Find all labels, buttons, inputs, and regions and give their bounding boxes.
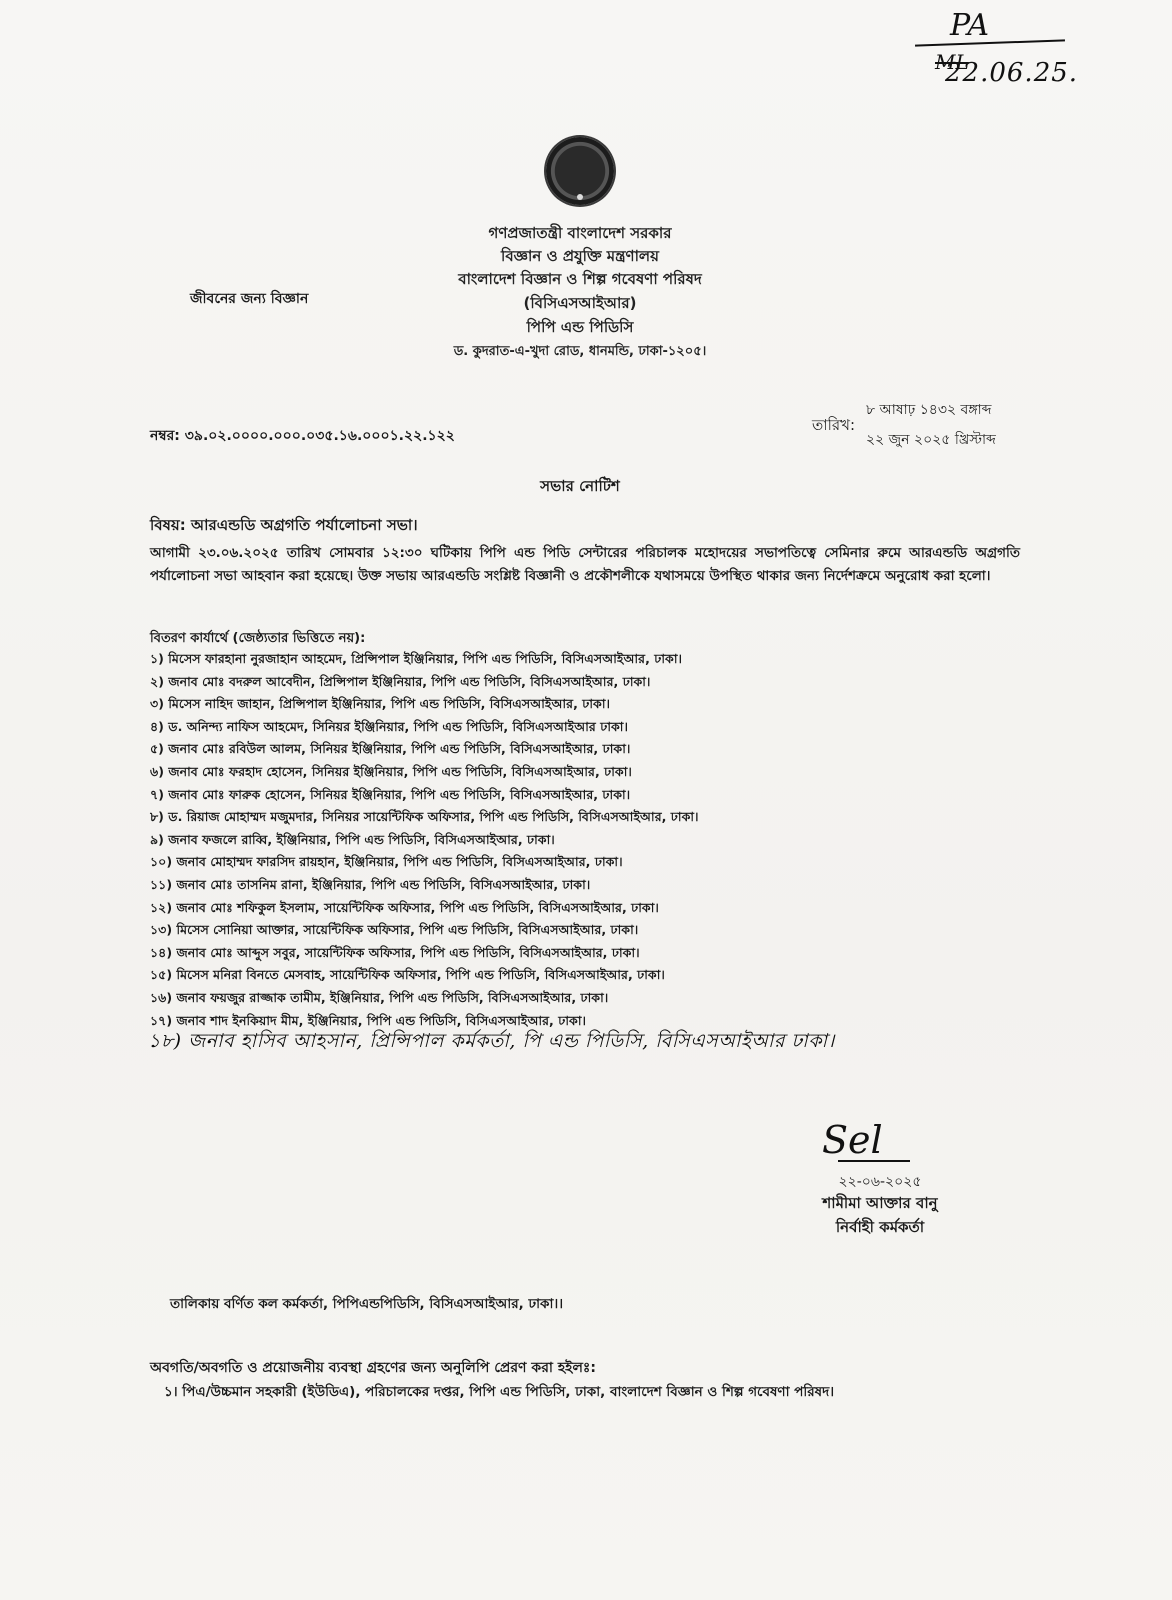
distribution-item: ৭) জনাব মোঃ ফারুক হোসেন, সিনিয়র ইঞ্জিনি…	[150, 784, 1030, 807]
handwritten-divider-line	[915, 39, 1065, 46]
handwritten-routing-designation: PA	[950, 8, 989, 43]
distribution-item: ৮) ড. রিয়াজ মোহাম্মদ মজুমদার, সিনিয়র স…	[150, 806, 1030, 829]
distribution-item: ১৪) জনাব মোঃ আব্দুস সবুর, সায়েন্টিফিক অ…	[150, 942, 1030, 965]
handwritten-distribution-addition: ১৮) জনাব হাসিব আহসান, প্রিন্সিপাল কর্মকর…	[148, 1027, 835, 1059]
signatory-designation: নির্বাহী কর্মকর্তা	[780, 1216, 980, 1241]
distribution-item: ৬) জনাব মোঃ ফরহাদ হোসেন, সিনিয়র ইঞ্জিনি…	[150, 761, 1030, 784]
date-bangla-calendar: ৮ আষাঢ় ১৪৩২ বঙ্গাব্দ	[866, 398, 992, 422]
signature-underline	[838, 1160, 910, 1162]
date-label: তারিখ:	[812, 414, 855, 439]
signature-date: ২২-০৬-২০২৫	[780, 1170, 980, 1194]
header-ministry: বিজ্ঞান ও প্রযুক্তি মন্ত্রণালয়	[300, 245, 860, 270]
copy-item: ১। পিএ/উচ্চমান সহকারী (ইউডিএ), পরিচালকের…	[164, 1380, 1004, 1405]
distribution-item: ৯) জনাব ফজলে রাব্বি, ইঞ্জিনিয়ার, পিপি এ…	[150, 829, 1030, 852]
distribution-item: ১২) জনাব মোঃ শফিকুল ইসলাম, সায়েন্টিফিক …	[150, 897, 1030, 920]
distribution-item: ১৫) মিসেস মনিরা বিনতে মেসবাহ, সায়েন্টিফ…	[150, 964, 1030, 987]
header-council: বাংলাদেশ বিজ্ঞান ও শিল্প গবেষণা পরিষদ	[300, 268, 860, 293]
recipients-all: তালিকায় বর্ণিত কল কর্মকর্তা, পিপিএন্ডপি…	[170, 1293, 563, 1316]
signatory-name: শামীমা আক্তার বানু	[780, 1192, 980, 1217]
notice-document: PA ML 22.06.25. গণপ্রজাতন্ত্রী বাংলাদেশ …	[0, 0, 1172, 1600]
memo-number: নম্বর: ৩৯.০২.০০০০.০০০.০৩৫.১৬.০০০১.২২.১২২	[150, 424, 455, 448]
distribution-item: ৩) মিসেস নাহিদ জাহান, প্রিন্সিপাল ইঞ্জিন…	[150, 693, 1030, 716]
slogan: জীবনের জন্য বিজ্ঞান	[190, 287, 308, 311]
distribution-item: ১১) জনাব মোঃ তাসনিম রানা, ইঞ্জিনিয়ার, প…	[150, 874, 1030, 897]
date-gregorian: ২২ জুন ২০২৫ খ্রিস্টাব্দ	[866, 428, 996, 452]
distribution-item: ১০) জনাব মোহাম্মদ ফারসিদ রায়হান, ইঞ্জিন…	[150, 851, 1030, 874]
distribution-heading: বিতরণ কার্যার্থে (জেষ্ঠ্যতার ভিত্তিতে নয…	[150, 629, 365, 650]
header-government: গণপ্রজাতন্ত্রী বাংলাদেশ সরকার	[300, 222, 860, 247]
header-division: পিপি এন্ড পিডিসি	[300, 316, 860, 341]
distribution-item: ৪) ড. অনিন্দ্য নাফিস আহমেদ, সিনিয়র ইঞ্জ…	[150, 716, 1030, 739]
notice-title: সভার নোটিশ	[300, 475, 860, 500]
distribution-item: ১৬) জনাব ফয়জুর রাজ্জাক তামীম, ইঞ্জিনিয়…	[150, 987, 1030, 1010]
distribution-item: ৫) জনাব মোঃ রবিউল আলম, সিনিয়র ইঞ্জিনিয়…	[150, 738, 1030, 761]
government-seal-icon	[546, 137, 614, 205]
copy-heading: অবগতি/অবগতি ও প্রয়োজনীয় ব্যবস্থা গ্রহণ…	[150, 1356, 596, 1380]
distribution-list: ১) মিসেস ফারহানা নুরজাহান আহমেদ, প্রিন্স…	[150, 648, 1030, 1032]
handwritten-routing-date: 22.06.25.	[945, 58, 1078, 88]
distribution-item: ১) মিসেস ফারহানা নুরজাহান আহমেদ, প্রিন্স…	[150, 648, 1030, 671]
distribution-item: ২) জনাব মোঃ বদরুল আবেদীন, প্রিন্সিপাল ইঞ…	[150, 671, 1030, 694]
distribution-item: ১৩) মিসেস সোনিয়া আক্তার, সায়েন্টিফিক অ…	[150, 919, 1030, 942]
header-council-abbr: (বিসিএসআইআর)	[300, 292, 860, 317]
header-address: ড. কুদরাত-এ-খুদা রোড, ধানমন্ডি, ঢাকা-১২০…	[300, 342, 860, 363]
notice-subject: বিষয়: আরএন্ডডি অগ্রগতি পর্যালোচনা সভা।	[150, 514, 418, 539]
signature-scribble: Sel	[822, 1118, 883, 1162]
notice-body: আগামী ২৩.০৬.২০২৫ তারিখ সোমবার ১২:৩০ ঘটিক…	[150, 542, 1020, 588]
